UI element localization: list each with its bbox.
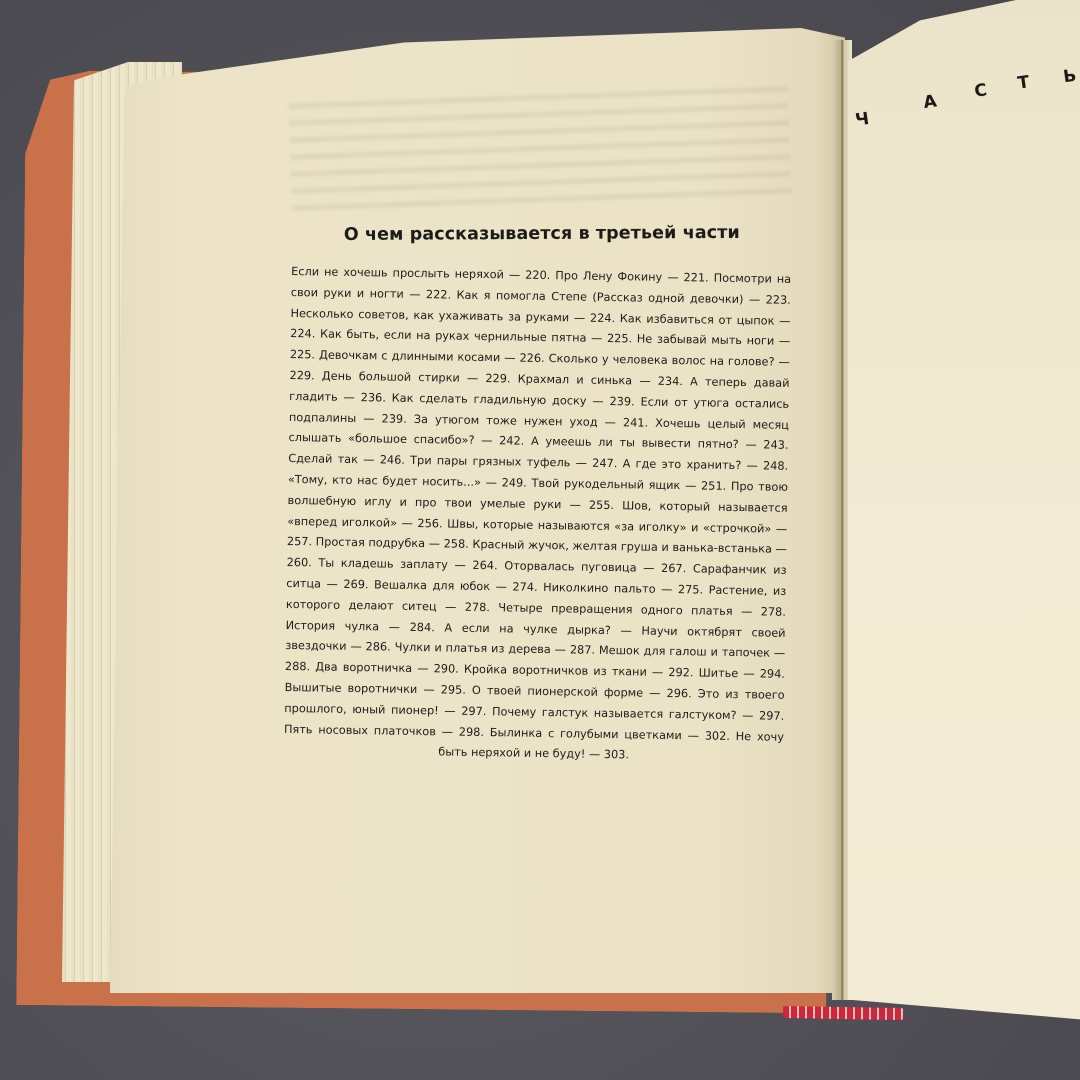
toc-entry-title: Кройка воротничков из ткани — [464, 663, 647, 679]
toc-entry-page: — 267. — [636, 562, 686, 576]
toc-entry-title: Шитье — [699, 667, 739, 681]
toc-entry-page: — 247. — [570, 457, 617, 471]
toc-entry: А где это хранить? — 248. — [623, 457, 789, 473]
toc-entry: Несколько советов, как ухаживать за рука… — [290, 307, 615, 325]
toc-entry-page: — 241. — [597, 415, 648, 429]
toc-entry-title: День большой стирки — [322, 369, 460, 384]
toc-entry-page: — 295. — [417, 683, 466, 697]
toc-entry: Кройка воротничков из ткани — 292. — [464, 663, 694, 680]
toc-entry-title: Как быть, если на руках чернильные пятна — [320, 328, 587, 345]
toc-entry: За утюгом тоже нужен уход — 241. — [414, 413, 649, 430]
toc-entry-page: — 239. — [586, 394, 634, 408]
toc-entry-page: — 297. — [737, 709, 785, 723]
toc-entry: Про Лену Фокину — 221. — [555, 269, 709, 284]
toc-entry: Вышитые воротнички — 295. — [285, 681, 466, 697]
toc-entry-page: — 294. — [738, 667, 785, 681]
toc-entry-page: — 229. — [460, 372, 511, 386]
toc-entry-title: Былинка с голубыми цветками — [490, 726, 682, 742]
toc-entry-title: Как избавиться от цыпок — [620, 312, 775, 327]
toc-entry-page: — 274. — [490, 580, 538, 594]
toc-entry: Как быть, если на руках чернильные пятна… — [320, 328, 632, 346]
toc-entry-title: А если на чулке дырка? — [444, 621, 611, 637]
toc-entry: Девочкам с длинными косами — 226. — [319, 349, 545, 366]
toc-entry-page: — 223. — [743, 293, 791, 307]
toc-entry-title: О твоей пионерской форме — [472, 684, 643, 700]
toc-entry-page: — 258. — [425, 537, 469, 551]
toc-entry-page: — 239. — [356, 412, 407, 426]
toc-entry: Почему галстук называется галстуком? — 2… — [492, 705, 784, 723]
toc-entry-title: Простая подрубка — [316, 536, 426, 551]
header-letter: А — [922, 91, 938, 113]
toc-entry: Крахмал и синька — 234. — [518, 373, 683, 389]
toc-entry-page: — 303. — [585, 748, 629, 762]
toc-entry-title: Сделай так — [288, 452, 358, 466]
toc-entry: А умеешь ли ты вывести пятно? — 243. — [531, 435, 789, 452]
table-of-contents: Если не хочешь прослыть неряхой — 220. П… — [284, 262, 792, 769]
page-content: О чем рассказывается в третьей части Есл… — [284, 220, 792, 769]
toc-entry-page: — 246. — [358, 453, 405, 467]
toc-entry: Ты кладешь заплату — 264. — [318, 557, 497, 573]
toc-entry: История чулка — 284. — [286, 618, 435, 633]
toc-entry-title: Как сделать гладильную доску — [392, 391, 587, 407]
toc-entry: Два воротничка — 290. — [315, 661, 459, 676]
toc-entry-title: Швы, которые называются «за иголку» и «с… — [447, 517, 771, 535]
toc-entry: Шитье — 294. — [699, 667, 785, 681]
header-letter: С — [973, 80, 988, 102]
toc-entry: Пять носовых платочков — 298. — [284, 722, 484, 738]
header-letter: Ь — [1062, 66, 1078, 88]
toc-entry-page: — 234. — [632, 374, 683, 388]
toc-entry-page: — 226. — [500, 351, 545, 365]
toc-entry-title: Как я помогла Степе (Рассказ одной девоч… — [456, 288, 743, 306]
toc-entry-title: Оторвалась пуговица — [504, 560, 637, 575]
toc-entry-title: Не забывай мыть ноги — [637, 333, 775, 348]
toc-entry-page: — 296. — [643, 687, 692, 701]
toc-entry-page: — 292. — [647, 666, 694, 680]
header-letter: Ч — [854, 109, 870, 131]
toc-entry-page: — 264. — [448, 559, 498, 573]
right-page — [848, 0, 1080, 1020]
toc-entry-title: Ты кладешь заплату — [318, 557, 448, 572]
toc-entry-page: — 224. — [569, 311, 615, 325]
toc-entry-page: — 236. — [338, 391, 386, 405]
toc-entry-title: История чулка — [286, 618, 380, 632]
toc-entry-title: Два воротничка — [315, 661, 412, 676]
toc-entry: Чулки и платья из дерева — 287. — [395, 641, 596, 657]
toc-entry-title: Несколько советов, как ухаживать за рука… — [290, 307, 569, 324]
toc-entry-title: Про Лену Фокину — [555, 269, 662, 284]
toc-entry-page: — 275. — [655, 583, 703, 597]
toc-entry: Сделай так — 246. — [288, 452, 405, 467]
toc-entry-page: — 251. — [680, 479, 726, 493]
toc-entry-title: Крахмал и синька — [518, 373, 633, 388]
toc-entry-page: — 297. — [439, 704, 487, 718]
toc-entry-title: Девочкам с длинными косами — [319, 349, 500, 365]
toc-entry: Николкино пальто — 275. — [543, 581, 703, 597]
toc-entry-title: Чулки и платья из дерева — [395, 641, 551, 656]
toc-entry-title: Если не хочешь прослыть неряхой — [291, 265, 504, 281]
header-letter: Т — [1016, 72, 1030, 93]
toc-entry-page: — 302. — [682, 729, 730, 743]
toc-entry-page: — 225. — [586, 332, 632, 346]
toc-entry-title: Вешалка для юбок — [374, 578, 490, 593]
toc-entry: Былинка с голубыми цветками — 302. — [490, 726, 730, 743]
toc-entry-title: А где это хранить? — [623, 457, 742, 472]
toc-entry: Вешалка для юбок — 274. — [374, 578, 538, 594]
toc-entry-title: Четыре превращения одного платья — [498, 601, 733, 618]
toc-entry-page: — 278. — [437, 600, 490, 614]
show-through-text — [288, 86, 792, 213]
page-title: О чем рассказывается в третьей части — [292, 223, 792, 246]
toc-entry: Как сделать гладильную доску — 239. — [392, 391, 635, 408]
toc-entry-title: Красный жучок, желтая груша и ванька-вст… — [472, 538, 772, 556]
toc-entry-title: Три пары грязных туфель — [410, 454, 570, 470]
toc-entry-page: — 220. — [504, 268, 551, 282]
toc-entry-title: А умеешь ли ты вывести пятно? — [531, 435, 739, 451]
toc-entry-title: Мешок для галош и тапочек — [599, 644, 770, 660]
toc-entry-page: — 248. — [741, 459, 788, 473]
toc-entry-page: — 287. — [551, 643, 595, 657]
toc-entry: «Тому, кто нас будет носить...» — 249. — [288, 473, 527, 490]
toc-entry-title: Николкино пальто — [543, 581, 656, 596]
toc-entry-page: — 298. — [436, 725, 484, 739]
toc-entry: Простая подрубка — 258. — [316, 536, 469, 551]
toc-entry: Если не хочешь прослыть неряхой — 220. — [291, 265, 550, 282]
toc-entry-title: Почему галстук называется галстуком? — [492, 705, 737, 722]
toc-entry-title: Сколько у человека волос на голове? — [549, 352, 775, 369]
toc-entry: Четыре превращения одного платья — 278. — [498, 601, 786, 619]
toc-entry-page: — 255. — [561, 498, 614, 512]
toc-entry: Три пары грязных туфель — 247. — [410, 454, 617, 470]
toc-entry-title: «Тому, кто нас будет носить...» — [288, 473, 481, 489]
toc-entry-page: — 290. — [412, 662, 459, 676]
toc-entry-title: Твой рукодельный ящик — [531, 477, 680, 492]
toc-entry: Оторвалась пуговица — 267. — [504, 560, 686, 576]
toc-entry-page: — 269. — [321, 577, 369, 591]
toc-entry: День большой стирки — 229. — [322, 369, 511, 385]
toc-entry: А если на чулке дырка? — — [444, 621, 632, 637]
toc-entry-title: Пять носовых платочков — [284, 722, 436, 737]
toc-entry: Как я помогла Степе (Рассказ одной девоч… — [456, 288, 790, 306]
toc-entry-page: — 221. — [662, 271, 709, 285]
toc-entry-page: — 249. — [481, 476, 527, 490]
toc-entry: Твой рукодельный ящик — 251. — [531, 477, 726, 493]
bookmark-ribbon — [783, 1006, 903, 1020]
toc-entry-page: — 242. — [474, 434, 524, 448]
toc-entry-title: За утюгом тоже нужен уход — [414, 413, 598, 429]
toc-entry-title: Вышитые воротнички — [285, 681, 418, 696]
toc-entry-page: — 284. — [379, 620, 435, 634]
toc-entry-page: — 256. — [397, 516, 443, 530]
toc-entry: О твоей пионерской форме — 296. — [472, 684, 692, 700]
toc-entry-page: — 286. — [346, 640, 390, 654]
toc-entry-page: — 243. — [739, 438, 789, 452]
toc-entry-page: — 278. — [733, 605, 786, 619]
toc-entry-page: — 222. — [404, 288, 452, 302]
